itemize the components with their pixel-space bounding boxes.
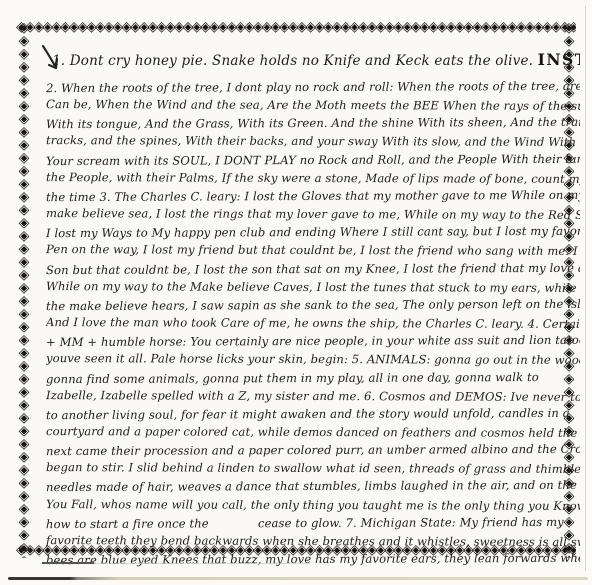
page-bottom-edge (8, 577, 588, 580)
lyrics-line: the People, with their Palms, If the sky… (46, 168, 580, 188)
lyrics-line: favorite teeth they bend backwards when … (46, 531, 580, 551)
lyrics-line: needles made of hair, weaves a dance tha… (46, 476, 580, 496)
lyrics-line: You Fall, whos name will you call, the o… (46, 495, 580, 515)
lyrics-line: Your scream with its SOUL, I DONT PLAY n… (46, 149, 580, 169)
lyrics-line: Pen on the way, I lost my friend but tha… (46, 240, 580, 260)
page-edge-line (585, 6, 586, 571)
lyrics-line: make believe sea, I lost the rings that … (46, 204, 580, 224)
lyrics-line: Izabelle, Izabelle spelled with a Z, my … (46, 386, 580, 406)
lyrics-line: the time 3. The Charles C. leary: I lost… (46, 186, 580, 206)
lyrics-line: Son but that couldnt be, I lost the son … (46, 258, 580, 278)
lyrics-line: how to start a fire once the cease to gl… (46, 513, 580, 533)
lyrics-line: 2. When the roots of the tree, I dont pl… (46, 77, 580, 97)
lyrics-line: the make believe hears, I saw sapin as s… (46, 295, 580, 315)
lyrics-line: youve seen it all. Pale horse licks your… (46, 349, 580, 369)
lyrics-line: gonna find some animals, gonna put them … (46, 367, 580, 387)
handwritten-lyrics: 1. Dont cry honey pie. Snake holds no Kn… (46, 50, 580, 550)
lyrics-lines: 2. When the roots of the tree, I dont pl… (46, 78, 580, 568)
lyrics-line: courtyard and a paper colored cat, while… (46, 422, 580, 442)
lyrics-line-first: 1. Dont cry honey pie. Snake holds no Kn… (46, 50, 580, 69)
scan-artifact-dash (42, 562, 94, 564)
lyrics-line: While on my way to the Make believe Cave… (46, 277, 580, 297)
lyric-sheet-frame: ◈◈◈◈◈◈◈◈◈◈◈◈◈◈◈◈◈◈◈◈◈◈◈◈◈◈◈◈◈◈◈◈◈◈◈◈◈◈◈◈… (16, 20, 576, 558)
border-left-ornament: ◈◈◈◈◈◈◈◈◈◈◈◈◈◈◈◈◈◈◈◈◈◈◈◈◈◈◈◈◈◈◈◈◈◈◈◈◈◈◈◈… (16, 20, 31, 558)
lyrics-line: tracks, and the spines, With their backs… (46, 132, 580, 152)
lyrics-line: And I love the man who took Care of me, … (46, 313, 580, 333)
instrumental-label: INSTRUMENTAL (538, 50, 580, 69)
lyrics-line: to another living soul, for fear it migh… (46, 404, 580, 424)
track1-lyric-text: 1. Dont cry honey pie. Snake holds no Kn… (52, 53, 538, 69)
lyrics-line: bees are blue eyed Knees that buzz, my l… (46, 549, 580, 569)
border-top-ornament: ◈◈◈◈◈◈◈◈◈◈◈◈◈◈◈◈◈◈◈◈◈◈◈◈◈◈◈◈◈◈◈◈◈◈◈◈◈◈◈◈… (16, 20, 576, 35)
scanned-page: ◈◈◈◈◈◈◈◈◈◈◈◈◈◈◈◈◈◈◈◈◈◈◈◈◈◈◈◈◈◈◈◈◈◈◈◈◈◈◈◈… (0, 0, 592, 585)
